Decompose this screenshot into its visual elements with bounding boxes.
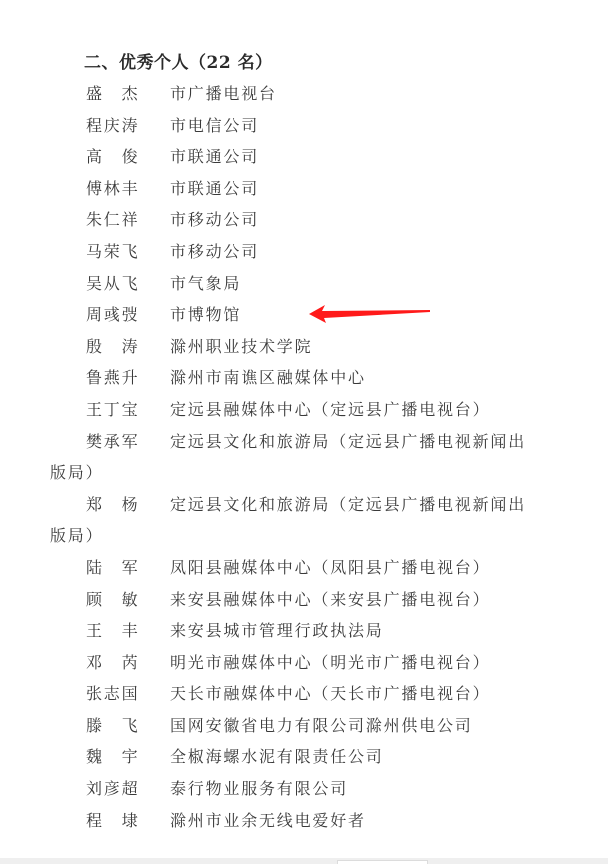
awardee-organization: 天长市融媒体中心（天长市广播电视台） (170, 684, 490, 703)
awardee-organization: 定远县融媒体中心（定远县广播电视台） (170, 400, 490, 419)
list-item: 张志国天长市融媒体中心（天长市广播电视台） (50, 678, 530, 710)
awardee-name: 王丁宝 (86, 394, 170, 426)
awardee-name: 吴从飞 (86, 268, 170, 300)
awardee-name: 周彧弢 (86, 299, 170, 331)
awardee-organization: 滁州职业技术学院 (170, 337, 312, 356)
list-item: 马荣飞市移动公司 (50, 236, 530, 268)
awardee-name: 鲁燕升 (86, 362, 170, 394)
awardee-name: 王 丰 (86, 615, 170, 647)
awardee-name: 樊承军 (86, 426, 170, 458)
awardee-name: 盛 杰 (86, 78, 170, 110)
awardee-name: 傅林丰 (86, 173, 170, 205)
awardee-organization: 泰行物业服务有限公司 (170, 779, 348, 798)
awardee-organization: 市联通公司 (170, 179, 259, 198)
section-title: 二、优秀个人（22 名） (84, 50, 273, 76)
awardee-name: 魏 宇 (86, 741, 170, 773)
red-arrow-icon (305, 302, 435, 326)
awardee-organization: 市电信公司 (170, 116, 259, 135)
list-item: 傅林丰市联通公司 (50, 173, 530, 205)
list-item: 樊承军定远县文化和旅游局（定远县广播电视新闻出版局） (50, 426, 530, 489)
list-item: 魏 宇全椒海螺水泥有限责任公司 (50, 741, 530, 773)
awardee-name: 顾 敏 (86, 584, 170, 616)
awardee-organization: 来安县城市管理行政执法局 (170, 621, 384, 640)
list-item-highlighted: 周彧弢市博物馆 (50, 299, 530, 331)
awardee-organization: 市广播电视台 (170, 84, 277, 103)
awardee-name: 邓 芮 (86, 647, 170, 679)
list-item: 盛 杰市广播电视台 (50, 78, 530, 110)
awardee-name: 殷 涛 (86, 331, 170, 363)
awardee-name: 高 俊 (86, 141, 170, 173)
awardee-name: 张志国 (86, 678, 170, 710)
awardee-name: 刘彦超 (86, 773, 170, 805)
bottom-scrollbar-track (0, 858, 608, 864)
awardee-organization: 市气象局 (170, 274, 241, 293)
awardee-name: 郑 杨 (86, 489, 170, 521)
list-item: 程庆涛市电信公司 (50, 110, 530, 142)
awardee-name: 程庆涛 (86, 110, 170, 142)
list-item: 王 丰来安县城市管理行政执法局 (50, 615, 530, 647)
awardee-name: 程 埭 (86, 805, 170, 837)
awardee-organization: 市博物馆 (170, 305, 241, 324)
awardee-organization: 滁州市业余无线电爱好者 (170, 811, 366, 830)
awardee-organization: 凤阳县融媒体中心（凤阳县广播电视台） (170, 558, 490, 577)
awardee-list: 盛 杰市广播电视台 程庆涛市电信公司 高 俊市联通公司 傅林丰市联通公司 朱仁祥… (50, 78, 530, 836)
list-item: 鲁燕升滁州市南谯区融媒体中心 (50, 362, 530, 394)
awardee-organization: 来安县融媒体中心（来安县广播电视台） (170, 590, 490, 609)
list-item: 陆 军凤阳县融媒体中心（凤阳县广播电视台） (50, 552, 530, 584)
awardee-name: 滕 飞 (86, 710, 170, 742)
awardee-organization: 国网安徽省电力有限公司滁州供电公司 (170, 716, 473, 735)
list-item: 顾 敏来安县融媒体中心（来安县广播电视台） (50, 584, 530, 616)
awardee-name: 陆 军 (86, 552, 170, 584)
awardee-organization: 市联通公司 (170, 147, 259, 166)
list-item: 吴从飞市气象局 (50, 268, 530, 300)
list-item: 殷 涛滁州职业技术学院 (50, 331, 530, 363)
list-item: 高 俊市联通公司 (50, 141, 530, 173)
awardee-name: 朱仁祥 (86, 204, 170, 236)
document-page: 二、优秀个人（22 名） 盛 杰市广播电视台 程庆涛市电信公司 高 俊市联通公司… (0, 0, 608, 858)
bottom-scrollbar-thumb[interactable] (337, 860, 428, 864)
awardee-organization: 滁州市南谯区融媒体中心 (170, 368, 366, 387)
awardee-organization: 市移动公司 (170, 210, 259, 229)
awardee-name: 马荣飞 (86, 236, 170, 268)
list-item: 王丁宝定远县融媒体中心（定远县广播电视台） (50, 394, 530, 426)
list-item: 郑 杨定远县文化和旅游局（定远县广播电视新闻出版局） (50, 489, 530, 552)
awardee-organization: 市移动公司 (170, 242, 259, 261)
list-item: 朱仁祥市移动公司 (50, 204, 530, 236)
awardee-organization: 全椒海螺水泥有限责任公司 (170, 747, 384, 766)
list-item: 邓 芮明光市融媒体中心（明光市广播电视台） (50, 647, 530, 679)
list-item: 滕 飞国网安徽省电力有限公司滁州供电公司 (50, 710, 530, 742)
list-item: 刘彦超泰行物业服务有限公司 (50, 773, 530, 805)
list-item: 程 埭滁州市业余无线电爱好者 (50, 805, 530, 837)
awardee-organization: 明光市融媒体中心（明光市广播电视台） (170, 653, 490, 672)
